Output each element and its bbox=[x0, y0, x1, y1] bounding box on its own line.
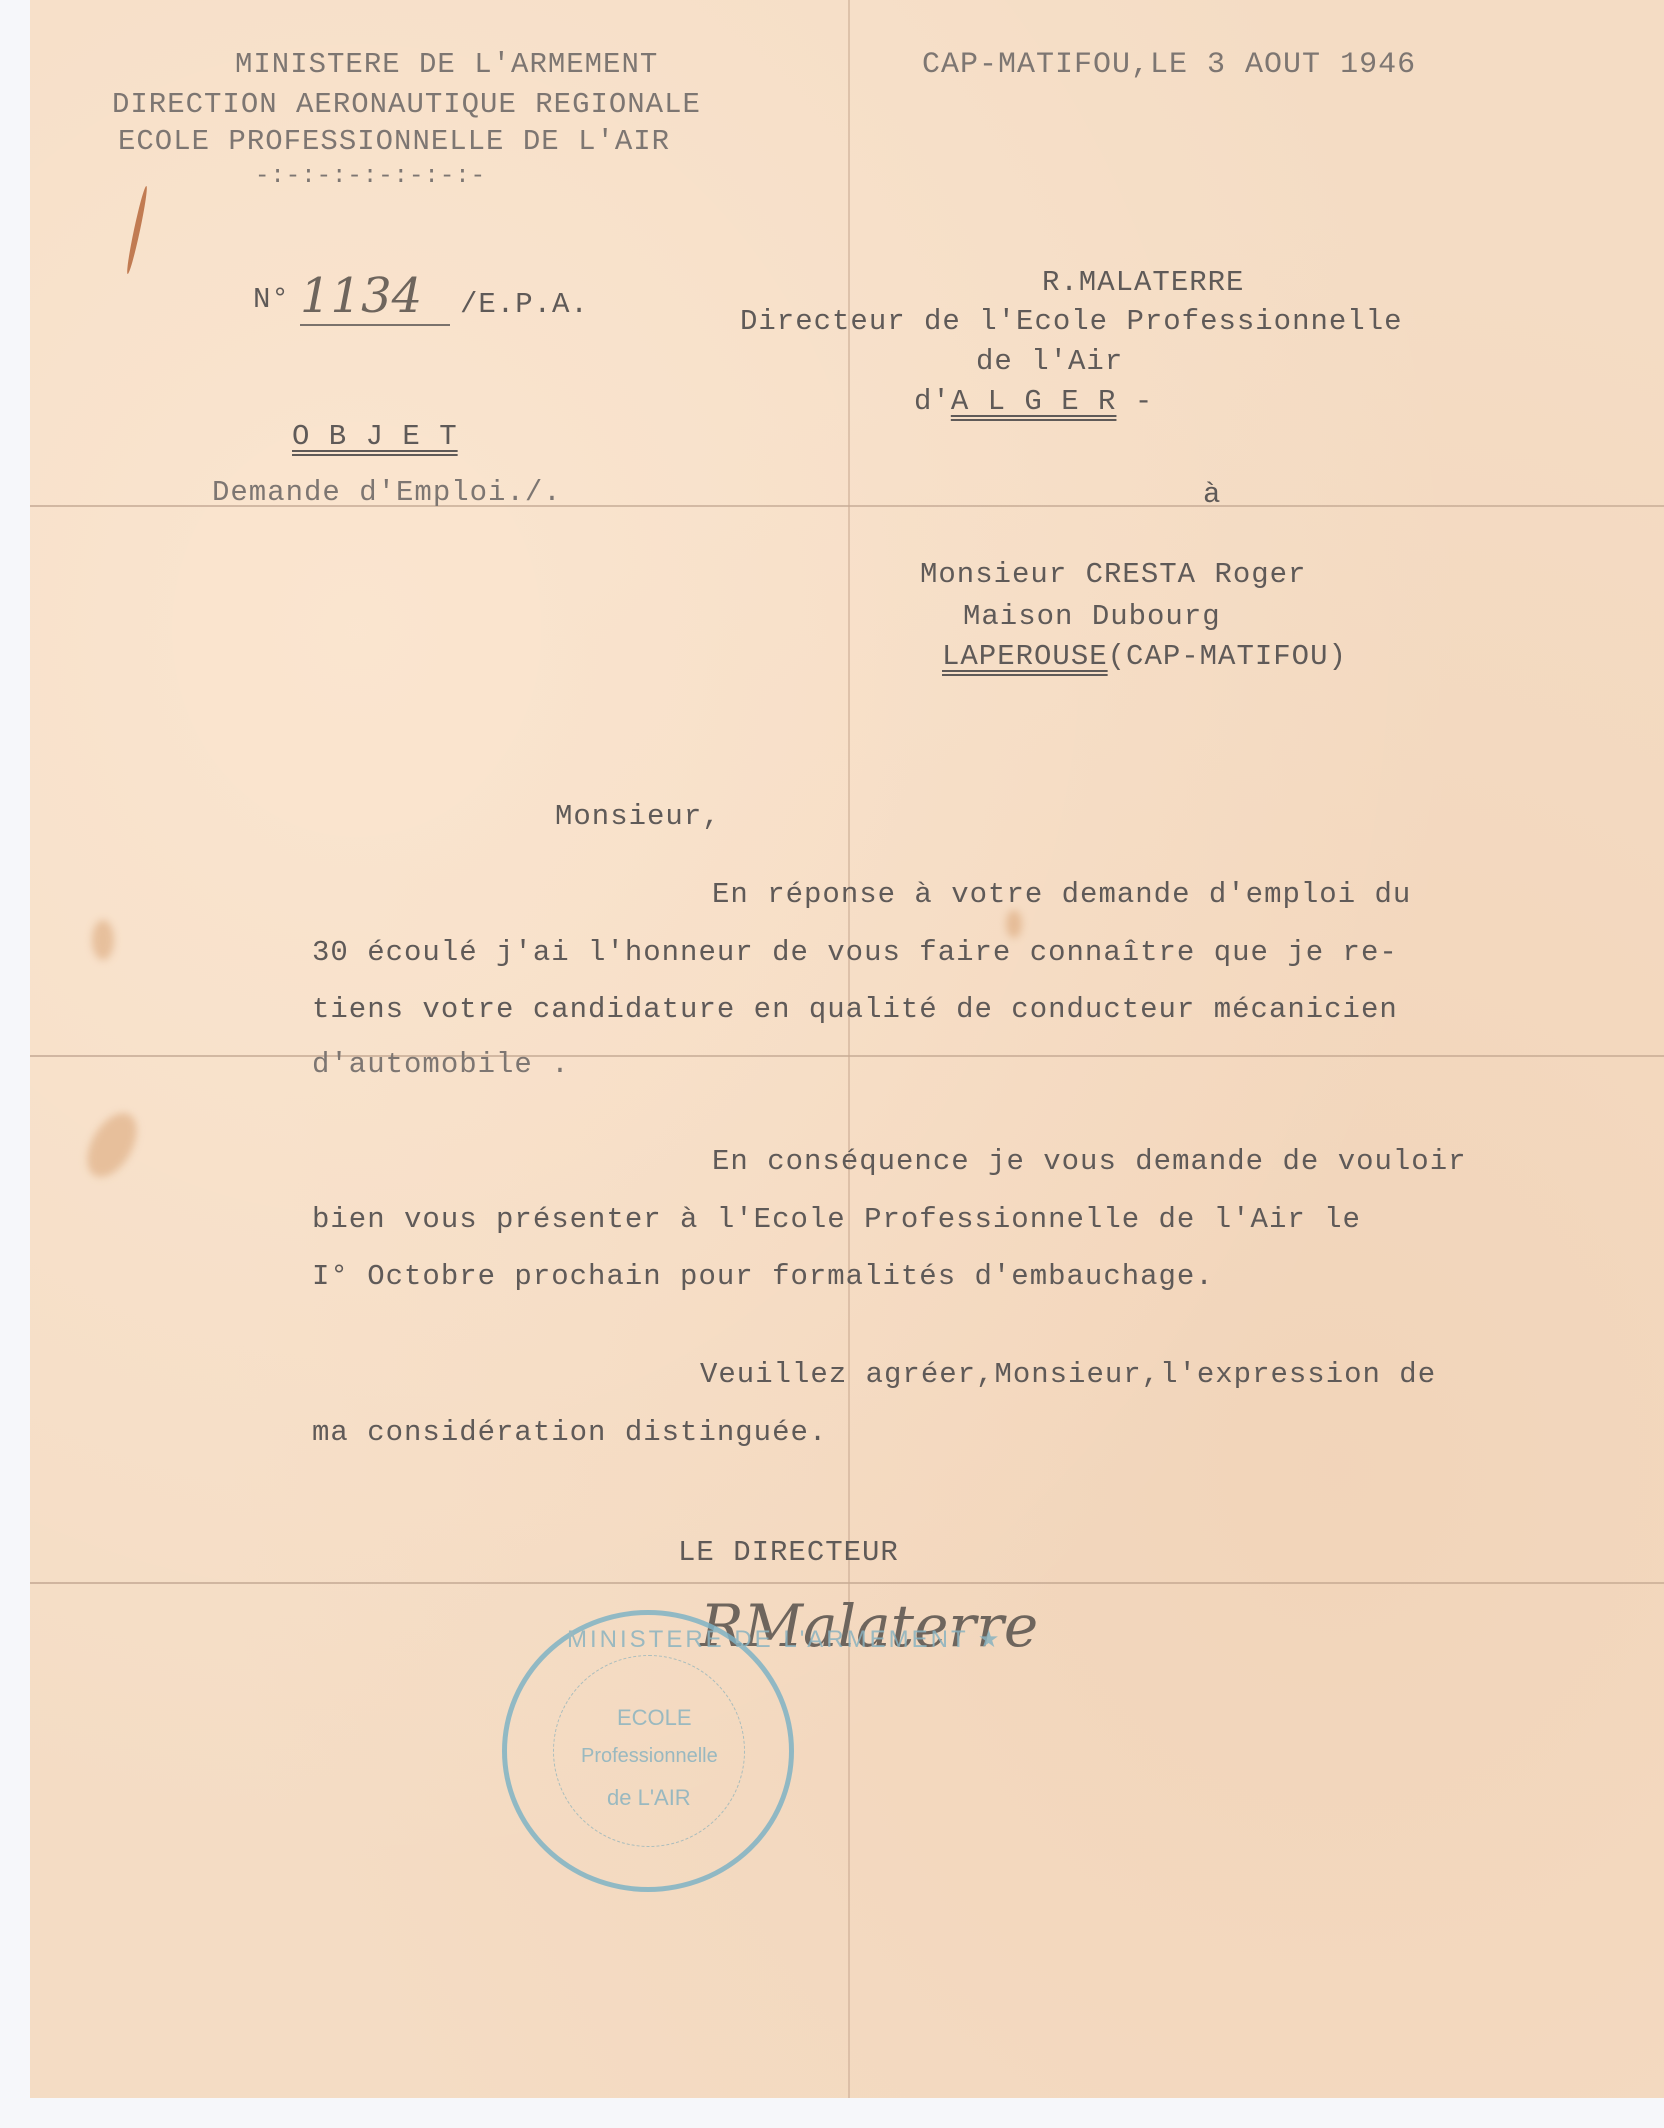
sender-title-line2: de l'Air bbox=[976, 347, 1123, 376]
sender-city-suffix: - bbox=[1116, 385, 1153, 418]
sender-city-prefix: d' bbox=[914, 385, 951, 418]
recipient-name: Monsieur CRESTA Roger bbox=[920, 560, 1306, 589]
body-line: En conséquence je vous demande de vouloi… bbox=[712, 1147, 1467, 1176]
to-marker: à bbox=[1203, 480, 1221, 509]
body-line: bien vous présenter à l'Ecole Profession… bbox=[312, 1205, 1361, 1234]
body-line: tiens votre candidature en qualité de co… bbox=[312, 995, 1398, 1024]
stamp-inner-line3: de L'AIR bbox=[607, 1785, 691, 1811]
stain bbox=[1006, 910, 1022, 938]
letterhead-direction: DIRECTION AERONAUTIQUE REGIONALE bbox=[112, 90, 701, 119]
letterhead-school: ECOLE PROFESSIONNELLE DE L'AIR bbox=[118, 127, 670, 156]
sender-title: Directeur de l'Ecole Professionnelle bbox=[740, 307, 1403, 336]
object-label: O B J E T bbox=[292, 422, 458, 451]
signature-title: LE DIRECTEUR bbox=[678, 1538, 899, 1567]
salutation: Monsieur, bbox=[555, 802, 721, 831]
body-line: I° Octobre prochain pour formalités d'em… bbox=[312, 1262, 1214, 1291]
sender-city-line: d'A L G E R - bbox=[914, 387, 1153, 416]
body-line: ma considération distinguée. bbox=[312, 1418, 827, 1447]
body-line: Veuillez agréer,Monsieur,l'expression de bbox=[700, 1360, 1436, 1389]
body-line: 30 écoulé j'ai l'honneur de vous faire c… bbox=[312, 938, 1398, 967]
official-stamp: MINISTERE DE L'ARMEMENT ★ ECOLE Professi… bbox=[502, 1610, 794, 1892]
body-line: En réponse à votre demande d'emploi du bbox=[712, 880, 1411, 909]
stamp-ring-text: MINISTERE DE L'ARMEMENT ★ bbox=[567, 1625, 1002, 1654]
stamp-inner-line1: ECOLE bbox=[617, 1705, 692, 1731]
body-line: d'automobile . bbox=[312, 1050, 570, 1079]
letterhead-separator: -:-:-:-:-:-:-:- bbox=[255, 165, 486, 189]
recipient-city: LAPEROUSE bbox=[942, 640, 1108, 673]
reference-prefix: N° bbox=[253, 285, 290, 314]
reference-suffix: /E.P.A. bbox=[460, 290, 589, 319]
recipient-city-line: LAPEROUSE(CAP-MATIFOU) bbox=[942, 642, 1347, 671]
stain bbox=[92, 920, 114, 960]
stamp-inner-line2: Professionnelle bbox=[581, 1745, 718, 1768]
object-value: Demande d'Emploi./. bbox=[212, 478, 562, 507]
sender-name: R.MALATERRE bbox=[1042, 268, 1244, 297]
reference-number: 1134 bbox=[300, 268, 450, 326]
place-date: CAP-MATIFOU,LE 3 AOUT 1946 bbox=[922, 50, 1416, 80]
recipient-region: (CAP-MATIFOU) bbox=[1108, 640, 1347, 673]
letterhead-ministry: MINISTERE DE L'ARMEMENT bbox=[235, 50, 658, 79]
fold-line bbox=[30, 1055, 1664, 1057]
fold-line bbox=[30, 1582, 1664, 1584]
recipient-address: Maison Dubourg bbox=[963, 602, 1221, 631]
sender-city: A L G E R bbox=[951, 385, 1117, 418]
